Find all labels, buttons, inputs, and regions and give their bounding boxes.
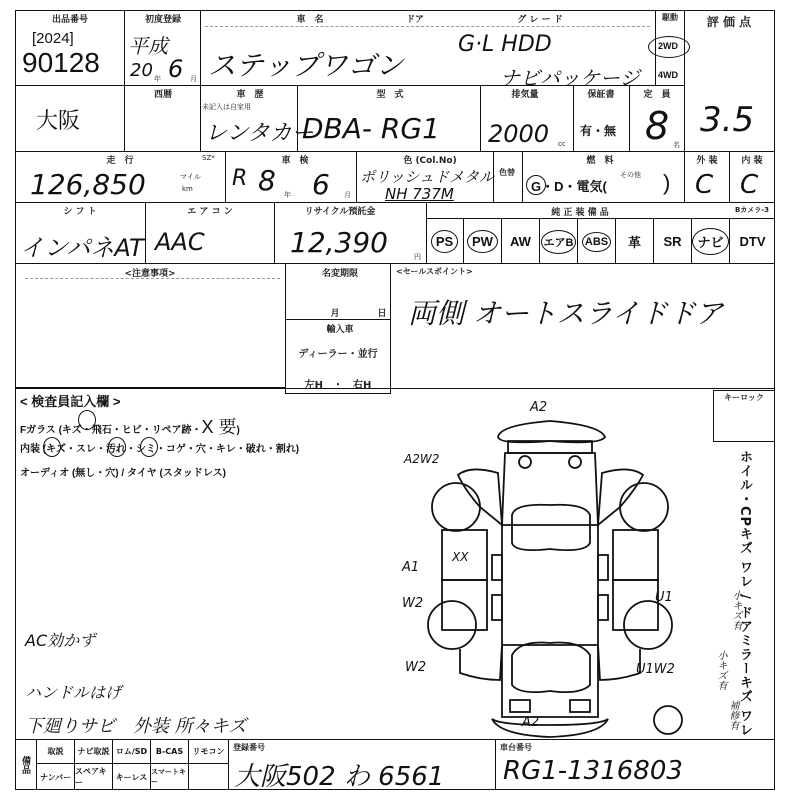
equipment-leather[interactable]: 革 — [616, 219, 654, 264]
grade-line1: G·L HDD — [458, 32, 552, 57]
equipment-row: PS PW AW エアB ABS 革 SR ナビ DTV — [426, 219, 775, 264]
displacement-label: 排気量 — [490, 87, 560, 100]
mark-right-front-door: U1 — [655, 590, 673, 605]
plate-label: 登録番号 — [233, 742, 265, 753]
month-label: 月 — [325, 306, 345, 319]
inspection-month-unit: 月 — [344, 190, 351, 200]
equipment-ps[interactable]: PS — [426, 219, 464, 264]
inspector-line3: オーディオ (無し・穴) / タイヤ (スタッドレス) — [20, 464, 226, 479]
warranty-options[interactable]: 有・無 — [580, 122, 616, 139]
acc-manual[interactable]: 取説 — [37, 739, 75, 764]
inspection-year: 8 — [258, 164, 276, 197]
first-reg-month-unit: 月 — [190, 74, 197, 84]
mark-rear-bumper: A2 — [530, 400, 547, 415]
circle-mark — [78, 410, 96, 430]
inspection-era: R — [232, 166, 247, 191]
use-note: 未記入は自家用 — [202, 102, 251, 112]
fuel-other-label: その他 — [620, 170, 641, 180]
side-mark-2: 小キズ有 — [713, 650, 728, 690]
handwritten-note-3: 下廻りサビ 外装 所々キズ — [25, 712, 246, 738]
shift: インパネAT — [20, 228, 144, 263]
sales-point-label: <セールスポイント> — [396, 266, 473, 277]
color-code: NH 737M — [385, 185, 454, 203]
ac-label: エ ア コ ン — [170, 204, 250, 217]
inspector-line2: 内装 (キズ・スレ・汚れ・シミ・コゲ・穴・キレ・破れ・割れ) — [20, 440, 299, 455]
equipment-pw[interactable]: PW — [464, 219, 502, 264]
equipment-label: 純 正 装 備 品 — [520, 205, 640, 218]
mileage-label: 走 行 — [90, 153, 150, 166]
acc-bcas[interactable]: B-CAS — [151, 739, 189, 764]
unit-mile: マイル — [180, 172, 201, 182]
unit-km: km — [182, 185, 193, 193]
interior: C — [740, 170, 758, 200]
first-reg-era: 平成 — [128, 30, 168, 59]
first-reg-year-unit: 年 — [154, 74, 161, 84]
fuel-label: 燃 料 — [570, 153, 630, 166]
color-label: 色 (Col.No) — [390, 153, 470, 166]
history-label: 西暦 — [128, 87, 198, 100]
handwritten-note-1: AC効かず — [25, 628, 95, 651]
model: DBA- RG1 — [302, 112, 440, 145]
circle-mark — [140, 437, 158, 457]
score: 3.5 — [700, 100, 754, 140]
side-mark-3: 補修有 — [725, 700, 740, 730]
keylock-label: キーロック — [716, 392, 772, 403]
acc-navi-manual[interactable]: ナビ取説 — [75, 739, 113, 764]
mark-left-rear-door-x: XX — [452, 550, 468, 564]
caution-cell — [15, 263, 286, 388]
inspector-line1: Fガラス (キズ・飛石・ヒビ・リペア跡・X 要) — [20, 413, 240, 439]
divider — [25, 278, 280, 279]
use-label: 車 歴 — [210, 87, 290, 100]
inspector-title: < 検査員記入欄 > — [20, 391, 120, 410]
acc-spare-key[interactable]: スペアキー — [75, 764, 113, 790]
circle-mark — [108, 437, 126, 457]
capacity: 8 — [645, 104, 669, 148]
exterior-label: 外 装 — [686, 153, 728, 166]
recycle-label: リサイクル預託金 — [280, 204, 400, 217]
handwritten-note-2: ハンドルはげ — [25, 680, 121, 703]
equipment-dtv[interactable]: DTV — [730, 219, 775, 264]
mark-rear-quarter-left: A2W2 — [404, 452, 439, 466]
drive-4wd[interactable]: 4WD — [658, 70, 678, 80]
warranty-label: 保証書 — [575, 87, 627, 100]
first-reg-year: 20 — [130, 60, 153, 81]
drive-label: 駆動 — [656, 12, 684, 23]
fuel-close: ) — [663, 170, 670, 196]
acc-rom-sd[interactable]: ロム/SD — [113, 739, 151, 764]
shift-label: シ フ ト — [50, 204, 110, 217]
import-label: 輸入車 — [310, 322, 370, 335]
car-name: ステップワゴン — [208, 44, 403, 84]
displacement: 2000 — [488, 120, 549, 148]
side-mark-1: 小キズ有 — [728, 590, 743, 630]
exterior: C — [695, 170, 713, 200]
equipment-airbag[interactable]: エアB — [540, 219, 578, 264]
divider — [495, 739, 496, 790]
lot-number: 90128 — [22, 47, 100, 79]
color-change-label: 色替 — [497, 165, 517, 181]
grade-label: グ レ ー ド — [500, 12, 580, 25]
plate: 大阪502 わ 6561 — [234, 756, 444, 793]
circle-mark — [43, 437, 61, 457]
equipment-navi[interactable]: ナビ — [692, 219, 730, 264]
first-reg-month: 6 — [168, 55, 183, 83]
door-label: ドア — [400, 12, 430, 25]
mark-front-bumper: A2 — [522, 715, 539, 730]
name-change-label: 名変期限 — [300, 266, 380, 279]
region: 大阪 — [36, 104, 80, 135]
inspection-label: 車 検 — [270, 153, 320, 166]
score-label: 評 価 点 — [690, 13, 768, 30]
mark-left-front-door: W2 — [402, 596, 423, 611]
model-label: 型 式 — [340, 87, 440, 100]
lot-label: 出品番号 — [30, 12, 110, 25]
accessories-label: 備品 — [15, 739, 37, 790]
acc-keyless[interactable]: キーレス — [113, 764, 151, 790]
mark-right-front-fender: U1W2 — [636, 662, 675, 677]
interior-label: 内 装 — [731, 153, 773, 166]
divider — [205, 26, 650, 27]
acc-smart-key[interactable]: スマートキー — [151, 764, 189, 790]
camera-label: Bカメラ-3 — [730, 205, 774, 215]
mileage-sub: SZ* — [202, 154, 215, 162]
equipment-abs[interactable]: ABS — [578, 219, 616, 264]
day-label: 日 — [375, 306, 389, 319]
lot-year: [2024] — [32, 30, 74, 47]
equipment-sunroof[interactable]: SR — [654, 219, 692, 264]
capacity-unit: 名 — [673, 140, 680, 150]
first-reg-label: 初度登録 — [128, 12, 198, 25]
acc-remote[interactable]: リモコン — [189, 739, 229, 764]
fuel-options[interactable]: G・D・電気( — [531, 176, 607, 195]
acc-blank — [189, 764, 229, 790]
recycle-unit: 円 — [414, 252, 421, 262]
inspection-year-unit: 年 — [284, 190, 291, 200]
sales-point: 両側 オートスライドドア — [408, 292, 723, 332]
car-diagram — [400, 395, 710, 740]
dealer-option[interactable]: ディーラー・並行 — [290, 345, 386, 360]
mark-left-front-fender: W2 — [405, 660, 426, 675]
ac: AAC — [155, 228, 205, 256]
chassis-label: 車台番号 — [500, 742, 532, 753]
mileage: 126,850 — [30, 168, 146, 201]
acc-plate[interactable]: ナンバー — [37, 764, 75, 790]
capacity-label: 定 員 — [632, 87, 682, 100]
mark-left-rear-door: A1 — [402, 560, 419, 575]
accessories-table: 備品 取説 ナビ取説 ロム/SD B-CAS リモコン ナンバー スペアキー キ… — [15, 739, 229, 790]
displacement-unit: cc — [558, 140, 566, 148]
equipment-aw[interactable]: AW — [502, 219, 540, 264]
drive-2wd[interactable]: 2WD — [658, 41, 678, 51]
inspection-month: 6 — [312, 168, 330, 201]
car-name-label: 車 名 — [280, 12, 340, 25]
chassis: RG1-1316803 — [503, 756, 683, 786]
recycle: 12,390 — [290, 226, 388, 259]
color-name: ポリッシュドメタル — [360, 166, 494, 187]
